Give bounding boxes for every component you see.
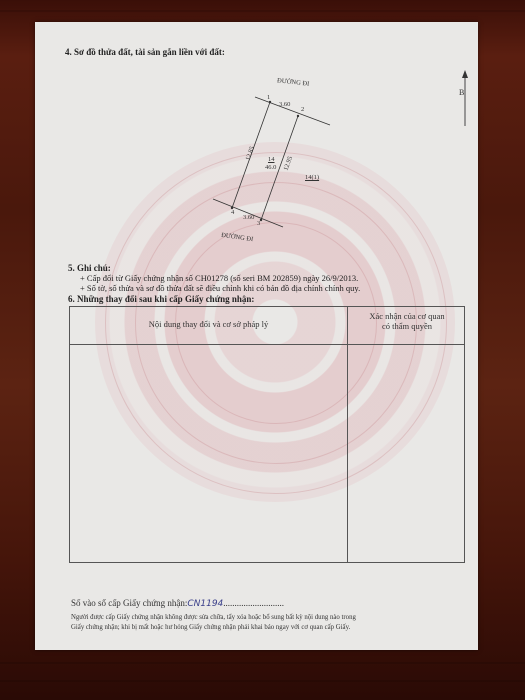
registry-label: Số vào sổ cấp Giấy chứng nhận: (71, 598, 187, 608)
section-4-title: 4. Sơ đồ thửa đất, tài sản gắn liền với … (65, 47, 225, 57)
edge-top-length: 3.60 (279, 101, 290, 108)
changes-table: Nội dung thay đổi và cơ sở pháp lý Xác n… (69, 306, 465, 563)
edge-bottom-length: 3.60 (243, 214, 254, 221)
warning-line-2: Giấy chứng nhận; khi bị mất hoặc hư hỏng… (71, 624, 350, 631)
section-5-title: 5. Ghi chú: (68, 263, 111, 273)
section-6-title: 6. Những thay đổi sau khi cấp Giấy chứng… (68, 294, 254, 304)
north-arrow-icon (455, 70, 475, 128)
land-certificate-page: 4. Sơ đồ thửa đất, tài sản gắn liền với … (35, 22, 478, 650)
note-1: + Cấp đổi từ Giấy chứng nhận số CH01278 … (80, 273, 358, 283)
point-2-label: 2 (301, 106, 304, 113)
registry-dots: ........................... (223, 598, 284, 608)
column-header-line: có thẩm quyền (348, 321, 466, 331)
point-1-label: 1 (267, 94, 270, 101)
warning-line-1: Người được cấp Giấy chứng nhận không đượ… (71, 614, 356, 621)
parcel-number: 14 (268, 156, 275, 163)
column-header-confirmation: Xác nhận của cơ quan có thẩm quyền (348, 311, 466, 331)
point-4-label: 4 (231, 209, 234, 216)
note-2: + Số tờ, số thửa và sơ đồ thửa đất sẽ đi… (80, 283, 360, 293)
column-header-line: Xác nhận của cơ quan (348, 311, 466, 321)
column-header-content: Nội dung thay đổi và cơ sở pháp lý (70, 319, 347, 329)
registry-number-row: Số vào sổ cấp Giấy chứng nhận:CN1194....… (71, 598, 284, 609)
parcel-diagram (195, 72, 395, 272)
neighbor-parcel-label: 14(1) (305, 174, 319, 181)
registry-value: CN1194 (187, 599, 223, 609)
north-label: B (459, 88, 464, 97)
point-3-label: 3 (257, 220, 260, 227)
parcel-area: 46.0 (265, 164, 276, 171)
